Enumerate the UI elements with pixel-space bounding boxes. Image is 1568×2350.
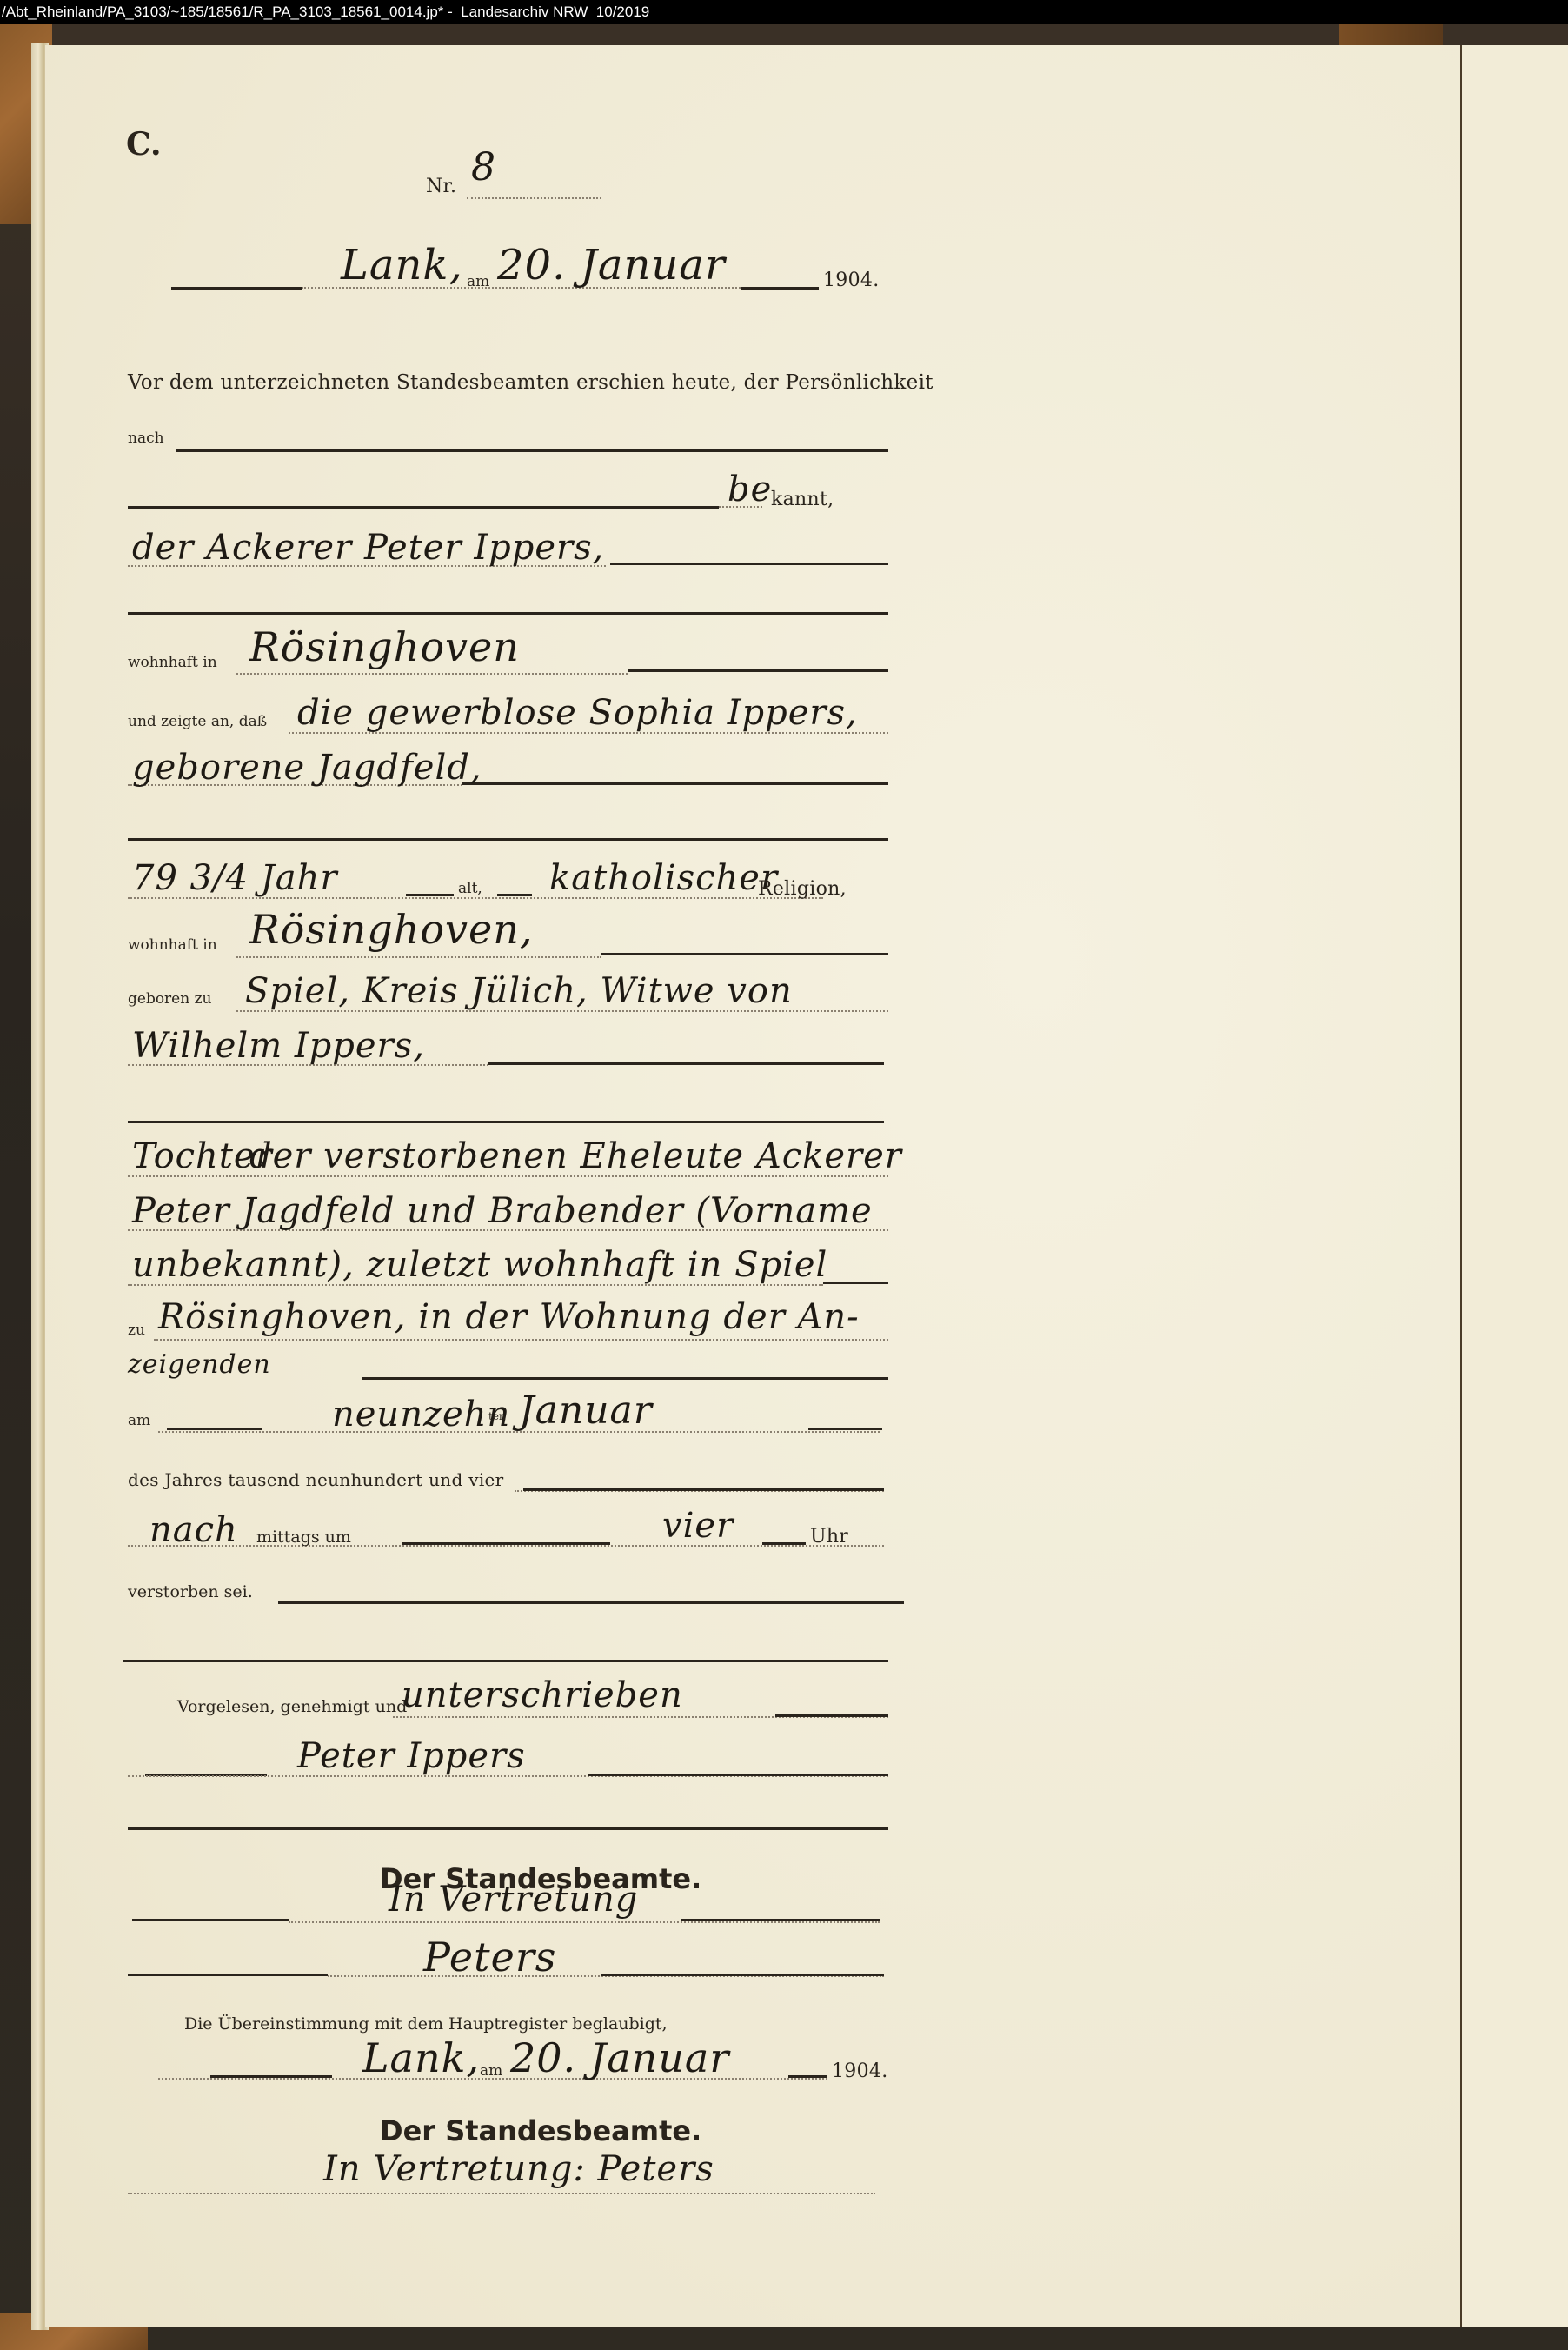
rule bbox=[610, 563, 888, 565]
dotted-line bbox=[154, 1339, 888, 1341]
cert-signature: In Vertretung: Peters bbox=[323, 2149, 714, 2189]
facing-page bbox=[1462, 45, 1568, 2327]
intro-text: Vor dem unterzeichneten Standesbeamten e… bbox=[128, 371, 933, 394]
vorgelesen-label: Vorgelesen, genehmigt und bbox=[177, 1697, 407, 1716]
rule bbox=[681, 1919, 880, 1921]
record-number: 8 bbox=[471, 145, 496, 190]
section-letter: C. bbox=[126, 126, 162, 163]
certification-text: Die Übereinstimmung mit dem Hauptregiste… bbox=[184, 2014, 668, 2034]
rule bbox=[762, 1542, 806, 1545]
bekannt-label: kannt, bbox=[771, 489, 834, 510]
rule bbox=[823, 1282, 888, 1284]
register-page: C. Nr. 8 Lank, am 20. Januar 1904. Vor d… bbox=[45, 45, 1462, 2327]
rule bbox=[128, 1974, 328, 1976]
rule bbox=[132, 1919, 289, 1921]
standesbeamte-heading-2: Der Standesbeamte. bbox=[380, 2114, 701, 2147]
number-label: Nr. bbox=[426, 176, 456, 197]
rule bbox=[406, 894, 454, 896]
cert-date: 20. Januar bbox=[510, 2034, 729, 2081]
rule bbox=[523, 1488, 884, 1491]
rule bbox=[128, 1121, 884, 1123]
ten-label: ten bbox=[488, 1410, 506, 1422]
deceased-name-line1: die gewerblose Sophia Ippers, bbox=[297, 693, 858, 733]
rule bbox=[128, 1827, 888, 1830]
wohnhaft2-label: wohnhaft in bbox=[128, 936, 217, 954]
parents-line1-b: der verstorbenen Eheleute Ackerer bbox=[249, 1136, 902, 1176]
rule bbox=[123, 1660, 888, 1662]
dotted-line bbox=[236, 673, 628, 675]
rule bbox=[741, 287, 819, 290]
dotted-line bbox=[236, 956, 601, 958]
informant-residence: Rösinghoven bbox=[249, 623, 520, 670]
wohnhaft-label: wohnhaft in bbox=[128, 654, 217, 671]
uhr-label: Uhr bbox=[810, 1526, 848, 1548]
rule bbox=[128, 612, 888, 615]
dotted-line bbox=[128, 2193, 875, 2194]
deceased-name-line2: geborene Jagdfeld, bbox=[132, 748, 482, 788]
rule bbox=[601, 953, 888, 955]
rule bbox=[362, 1377, 888, 1380]
religion-label: Religion, bbox=[758, 878, 847, 900]
death-place-line1: Rösinghoven, in der Wohnung der An- bbox=[158, 1297, 860, 1337]
rule bbox=[128, 506, 719, 509]
header-year: 1904. bbox=[823, 270, 879, 291]
zu-label: zu bbox=[128, 1321, 145, 1339]
window-title-bar: /Abt_Rheinland/PA_3103/~185/18561/R_PA_3… bbox=[0, 0, 1568, 24]
dotted-line bbox=[128, 1545, 884, 1547]
am-label: am bbox=[128, 1412, 150, 1429]
header-place: Lank, bbox=[341, 241, 463, 290]
deceased-residence: Rösinghoven, bbox=[249, 906, 534, 953]
vorgelesen-handwritten: unterschrieben bbox=[402, 1675, 683, 1715]
birth-place-line2: Wilhelm Ippers, bbox=[132, 1026, 425, 1066]
zeigte-label: und zeigte an, daß bbox=[128, 713, 267, 730]
cert-year: 1904. bbox=[832, 2060, 887, 2082]
rule bbox=[278, 1601, 904, 1604]
official-line2: Peters bbox=[423, 1934, 556, 1981]
official-line1: In Vertretung bbox=[389, 1880, 638, 1920]
rule bbox=[775, 1714, 888, 1717]
rule bbox=[488, 1062, 884, 1065]
alt-label: alt, bbox=[458, 880, 482, 897]
birth-place-line1: Spiel, Kreis Jülich, Witwe von bbox=[245, 971, 793, 1011]
rule bbox=[171, 287, 302, 290]
number-dotted-line bbox=[467, 197, 601, 199]
death-day: neunzehn bbox=[332, 1395, 510, 1435]
rule bbox=[402, 1542, 610, 1545]
death-month: Januar bbox=[519, 1388, 653, 1433]
nach-label: nach bbox=[128, 429, 164, 447]
rule bbox=[176, 449, 888, 452]
cert-place: Lank, bbox=[362, 2034, 480, 2081]
cert-am-label: am bbox=[480, 2062, 502, 2080]
verstorben-label: verstorben sei. bbox=[128, 1582, 253, 1601]
year-text: des Jahres tausend neunhundert und vier bbox=[128, 1469, 504, 1490]
rule bbox=[497, 894, 532, 896]
informant-signature: Peter Ippers bbox=[297, 1736, 526, 1776]
parents-line3: unbekannt), zuletzt wohnhaft in Spiel bbox=[132, 1245, 827, 1285]
rule bbox=[601, 1974, 884, 1976]
rule bbox=[128, 838, 888, 841]
rule bbox=[588, 1774, 888, 1776]
dotted-line bbox=[289, 1921, 880, 1923]
bekannt-handwritten: be bbox=[728, 469, 772, 509]
rule bbox=[788, 2075, 827, 2078]
age-value: 79 3/4 Jahr bbox=[132, 858, 337, 898]
time-value: vier bbox=[662, 1506, 734, 1546]
time-prefix: nach bbox=[149, 1510, 238, 1550]
rule bbox=[462, 782, 888, 785]
header-date: 20. Januar bbox=[497, 241, 726, 290]
rule bbox=[628, 669, 888, 672]
rule bbox=[167, 1428, 262, 1430]
religion-value: katholischer bbox=[549, 858, 778, 898]
header-am-label: am bbox=[467, 273, 489, 290]
geboren-label: geboren zu bbox=[128, 990, 212, 1008]
parents-line2: Peter Jagdfeld und Brabender (Vorname bbox=[132, 1191, 873, 1231]
informant-name: der Ackerer Peter Ippers, bbox=[132, 528, 604, 568]
death-place-line2: zeigenden bbox=[128, 1349, 271, 1380]
mittags-label: mittags um bbox=[256, 1528, 351, 1547]
rule bbox=[808, 1428, 882, 1430]
